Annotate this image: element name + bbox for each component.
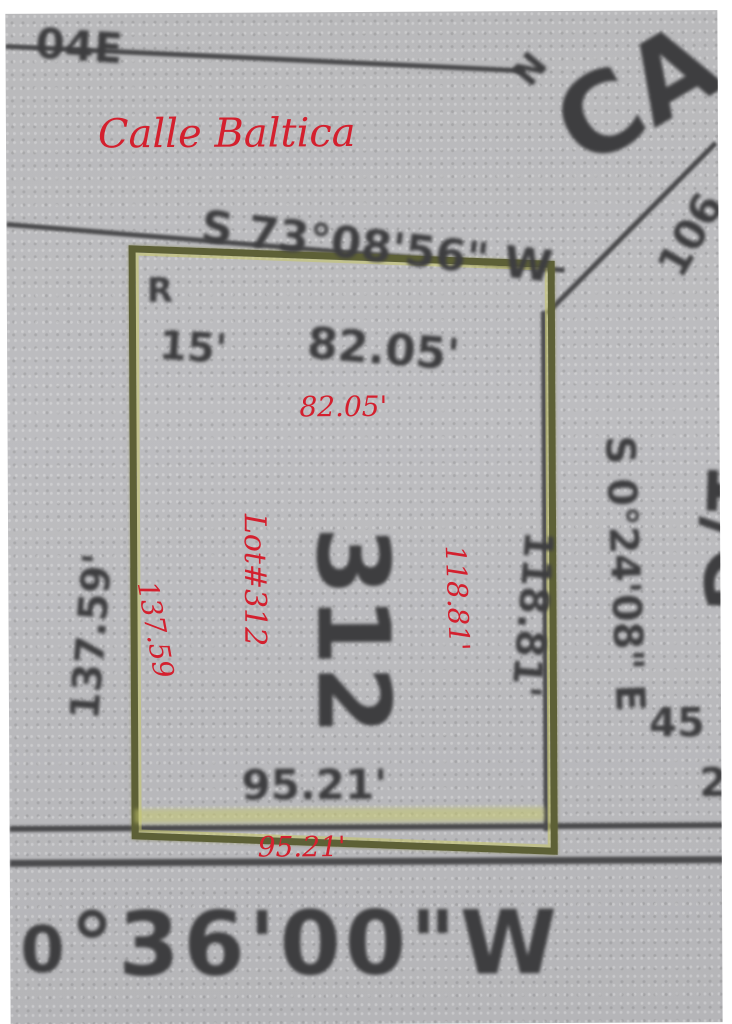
corner-radius-mark: R <box>147 271 173 311</box>
south-road-line-2 <box>10 856 723 867</box>
right-partial-mid-label: 1/G <box>685 460 723 613</box>
west-length-label: 137.59' <box>62 552 121 722</box>
plat-map-sheet: 04E N CA S 73°08'56" W 106 R 15' 82.05' … <box>5 10 722 1024</box>
corner-radius-label: 15' <box>158 323 229 373</box>
north-length-annotation: 82.05' <box>299 390 387 423</box>
east-bearing-label: S 0°24'08" E <box>596 435 653 713</box>
lot-bottom-highlight <box>135 807 545 823</box>
bottom-bearing-leading: 0 <box>20 914 65 988</box>
south-length-annotation: 95.21' <box>258 830 346 863</box>
lot-number-label: 312 <box>294 526 412 735</box>
right-partial-bottom-label: 2 <box>699 760 722 806</box>
bottom-bearing-label: °36'00"W <box>70 891 561 997</box>
street-name-annotation: Calle Baltica <box>98 110 356 157</box>
right-partial-low-label: 45 <box>649 700 705 746</box>
east-length-annotation: 118.81' <box>439 545 476 652</box>
lot-label-annotation: Lot#312 <box>237 514 273 647</box>
south-length-label: 95.21' <box>241 760 387 810</box>
top-partial-label: 04E <box>34 19 124 74</box>
